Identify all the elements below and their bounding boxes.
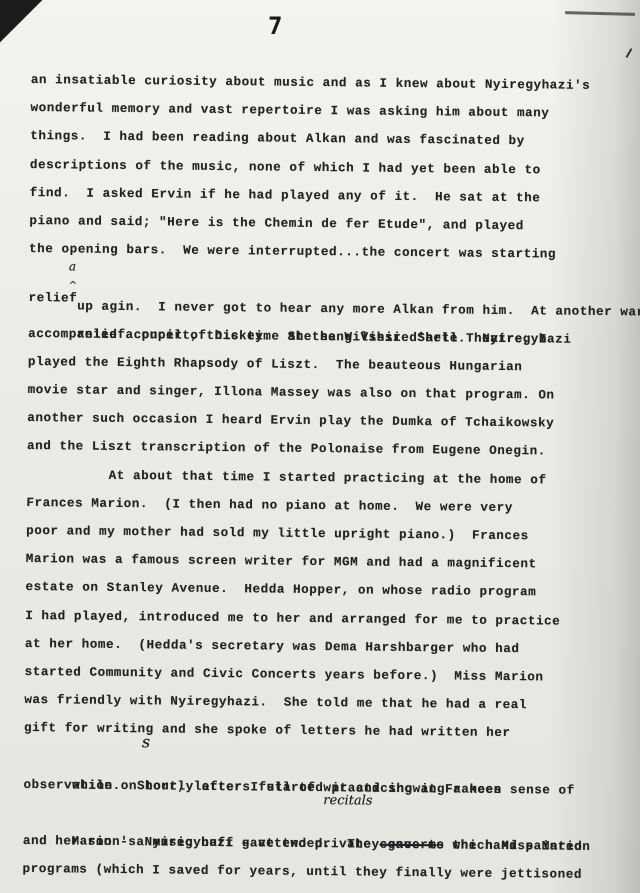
body-text: an insatiable curiosity about music and … (22, 66, 591, 889)
page-number: 7 (268, 12, 282, 40)
margin-tick-mark (626, 48, 633, 58)
typewritten-page: 7 an insatiable curiosity about music an… (0, 0, 640, 893)
top-edge-mark (565, 11, 635, 16)
text-line: programs (which I saved for years, until… (22, 855, 582, 889)
handwritten-correction: s (142, 728, 151, 756)
page-corner-shadow (0, 0, 42, 42)
handwritten-replacement: recitals (323, 787, 372, 816)
overtyped-word: relief (28, 283, 77, 312)
